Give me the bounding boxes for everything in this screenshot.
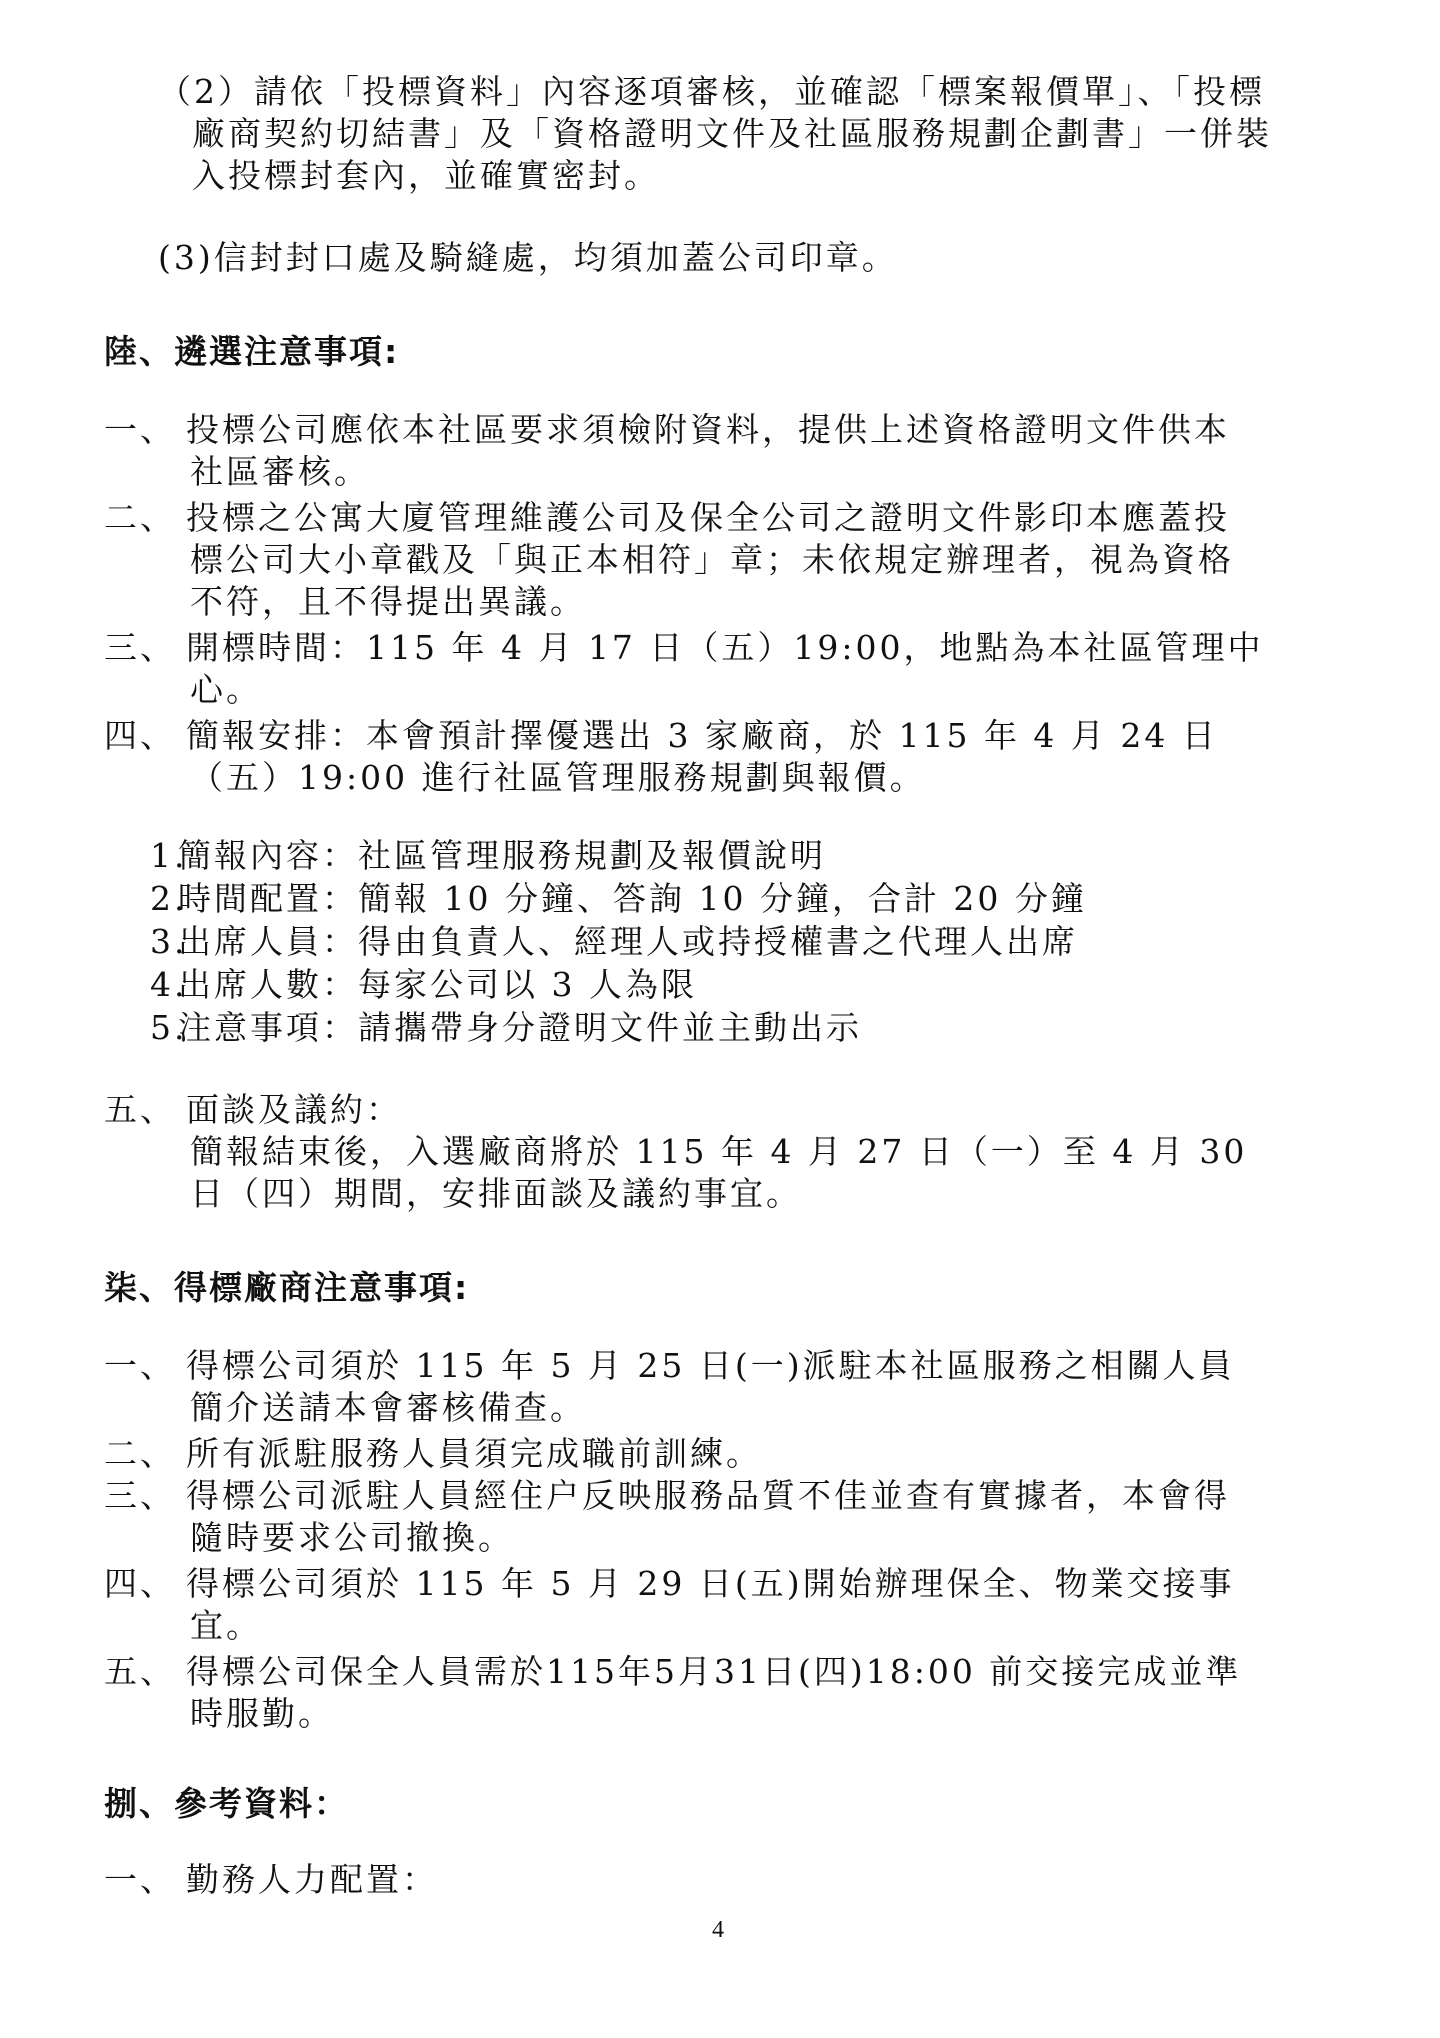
- list-item-continuation: 時服勤。: [190, 1692, 334, 1736]
- list-item: 三、開標時間：115 年 4 月 17 日（五）19:00，地點為本社區管理中: [104, 626, 1264, 670]
- list-marker: 一、: [104, 1858, 186, 1902]
- list-marker: 一、: [104, 408, 186, 452]
- list-item-continuation: 不符，且不得提出異議。: [190, 580, 586, 624]
- sub-list-item: 2.時間配置：簡報 10 分鐘、答詢 10 分鐘，合計 20 分鐘: [150, 877, 1087, 921]
- sub-list-marker: 2.: [150, 877, 178, 921]
- sub-list-item: 4.出席人數：每家公司以 3 人為限: [150, 963, 697, 1007]
- list-item-text: 投標公司應依本社區要求須檢附資料，提供上述資格證明文件供本: [186, 410, 1230, 449]
- list-item-text: 開標時間：115 年 4 月 17 日（五）19:00，地點為本社區管理中: [186, 628, 1264, 667]
- list-marker: 五、: [104, 1650, 186, 1694]
- list-item-continuation: 宜。: [190, 1604, 262, 1648]
- document-page: （2）請依「投標資料」內容逐項審核，並確認「標案報價單」、「投標 廠商契約切結書…: [0, 0, 1440, 2038]
- section-heading-reference-data: 捌、參考資料：: [104, 1782, 349, 1826]
- list-item: 四、簡報安排：本會預計擇優選出 3 家廠商，於 115 年 4 月 24 日: [104, 714, 1218, 758]
- list-item-text: 面談及議約：: [186, 1090, 402, 1129]
- sub-list-item-text: 出席人員：得由負責人、經理人或持授權書之代理人出席: [178, 922, 1078, 961]
- list-marker: 二、: [104, 1432, 186, 1476]
- list-item: 一、勤務人力配置：: [104, 1858, 438, 1902]
- list-item-text: 得標公司須於 115 年 5 月 25 日(一)派駐本社區服務之相關人員: [186, 1346, 1235, 1385]
- sub-list-item-text: 注意事項：請攜帶身分證明文件並主動出示: [178, 1008, 862, 1047]
- list-item-continuation: 簡介送請本會審核備查。: [190, 1386, 586, 1430]
- sub-list-marker: 1.: [150, 834, 178, 878]
- sub-list-item: 1.簡報內容：社區管理服務規劃及報價說明: [150, 834, 826, 878]
- list-item: 五、得標公司保全人員需於115年5月31日(四)18:00 前交接完成並準: [104, 1650, 1241, 1694]
- intro-item2-line3: 入投標封套內，並確實密封。: [192, 154, 660, 198]
- sub-list-item: 5.注意事項：請攜帶身分證明文件並主動出示: [150, 1006, 862, 1050]
- list-item-continuation: 簡報結束後，入選廠商將於 115 年 4 月 27 日（一）至 4 月 30: [190, 1130, 1247, 1174]
- list-item: 一、得標公司須於 115 年 5 月 25 日(一)派駐本社區服務之相關人員: [104, 1344, 1235, 1388]
- list-marker: 三、: [104, 626, 186, 670]
- sub-list-item: 3.出席人員：得由負責人、經理人或持授權書之代理人出席: [150, 920, 1078, 964]
- list-marker: 四、: [104, 714, 186, 758]
- intro-item3-line1: (3)信封封口處及騎縫處，均須加蓋公司印章。: [158, 236, 898, 280]
- list-item-continuation: 隨時要求公司撤換。: [190, 1516, 514, 1560]
- list-item-continuation: （五）19:00 進行社區管理服務規劃與報價。: [190, 756, 926, 800]
- section-heading-selection-notes: 陸、遴選注意事項:: [104, 330, 399, 374]
- list-item-continuation: 社區審核。: [190, 450, 370, 494]
- sub-list-item-text: 時間配置：簡報 10 分鐘、答詢 10 分鐘，合計 20 分鐘: [178, 879, 1087, 918]
- list-item: 一、投標公司應依本社區要求須檢附資料，提供上述資格證明文件供本: [104, 408, 1230, 452]
- list-item-text: 投標之公寓大廈管理維護公司及保全公司之證明文件影印本應蓋投: [186, 498, 1230, 537]
- list-marker: 三、: [104, 1474, 186, 1518]
- sub-list-marker: 4.: [150, 963, 178, 1007]
- list-item-continuation: 標公司大小章戳及「與正本相符」章；未依規定辦理者，視為資格: [190, 538, 1234, 582]
- list-item-continuation: 心。: [190, 668, 262, 712]
- intro-item2-line1: （2）請依「投標資料」內容逐項審核，並確認「標案報價單」、「投標: [158, 70, 1265, 114]
- list-item: 四、得標公司須於 115 年 5 月 29 日(五)開始辦理保全、物業交接事: [104, 1562, 1235, 1606]
- sub-list-item-text: 簡報內容：社區管理服務規劃及報價說明: [178, 836, 826, 875]
- list-item: 二、所有派駐服務人員須完成職前訓練。: [104, 1432, 762, 1476]
- list-item-text: 得標公司須於 115 年 5 月 29 日(五)開始辦理保全、物業交接事: [186, 1564, 1235, 1603]
- list-item: 五、面談及議約：: [104, 1088, 402, 1132]
- list-item-text: 得標公司保全人員需於115年5月31日(四)18:00 前交接完成並準: [186, 1652, 1241, 1691]
- list-item-text: 所有派駐服務人員須完成職前訓練。: [186, 1434, 762, 1473]
- sub-list-marker: 5.: [150, 1006, 178, 1050]
- list-item: 三、得標公司派駐人員經住户反映服務品質不佳並查有實據者，本會得: [104, 1474, 1230, 1518]
- sub-list-marker: 3.: [150, 920, 178, 964]
- list-item-text: 得標公司派駐人員經住户反映服務品質不佳並查有實據者，本會得: [186, 1476, 1230, 1515]
- page-number: 4: [712, 1915, 724, 1945]
- list-marker: 二、: [104, 496, 186, 540]
- list-item-continuation: 日（四）期間，安排面談及議約事宜。: [190, 1172, 802, 1216]
- list-item-text: 勤務人力配置：: [186, 1860, 438, 1899]
- list-marker: 一、: [104, 1344, 186, 1388]
- section-heading-winning-bidder-notes: 柒、得標廠商注意事項:: [104, 1266, 469, 1310]
- list-marker: 四、: [104, 1562, 186, 1606]
- list-marker: 五、: [104, 1088, 186, 1132]
- list-item-text: 簡報安排：本會預計擇優選出 3 家廠商，於 115 年 4 月 24 日: [186, 716, 1218, 755]
- sub-list-item-text: 出席人數：每家公司以 3 人為限: [178, 965, 697, 1004]
- list-item: 二、投標之公寓大廈管理維護公司及保全公司之證明文件影印本應蓋投: [104, 496, 1230, 540]
- intro-item2-line2: 廠商契約切結書」及「資格證明文件及社區服務規劃企劃書」一併裝: [192, 112, 1272, 156]
